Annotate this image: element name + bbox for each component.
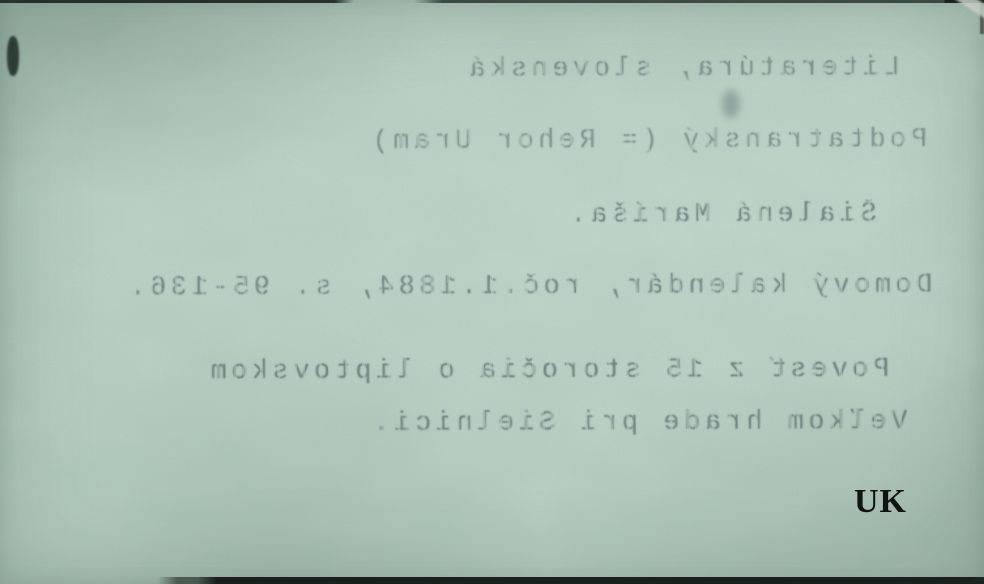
- catalog-card-scan: Literatúra, slovenská Podtatranský (= Re…: [0, 0, 984, 584]
- scan-edge-top: [0, 0, 984, 3]
- ink-blot-left-edge: [7, 36, 19, 76]
- library-stamp-uk: UK: [854, 483, 907, 521]
- scan-edge-bottom: [0, 577, 984, 584]
- typed-line-subject-heading: Literatúra, slovenská: [465, 53, 900, 86]
- typed-line-annotation-2: Veľkom hrade pri Sielnici.: [369, 407, 907, 440]
- typed-line-title: Šialená Maríša.: [566, 199, 877, 231]
- typed-line-annotation-1: Povesť z 15 storočia o liptovskom: [206, 355, 889, 388]
- typed-line-source: Domový kalendár, roč.1.1884, s. 95-136.: [125, 271, 933, 305]
- ink-smudge: [722, 90, 740, 118]
- typed-line-author: Podtatranský (= Rehor Uram): [368, 125, 927, 158]
